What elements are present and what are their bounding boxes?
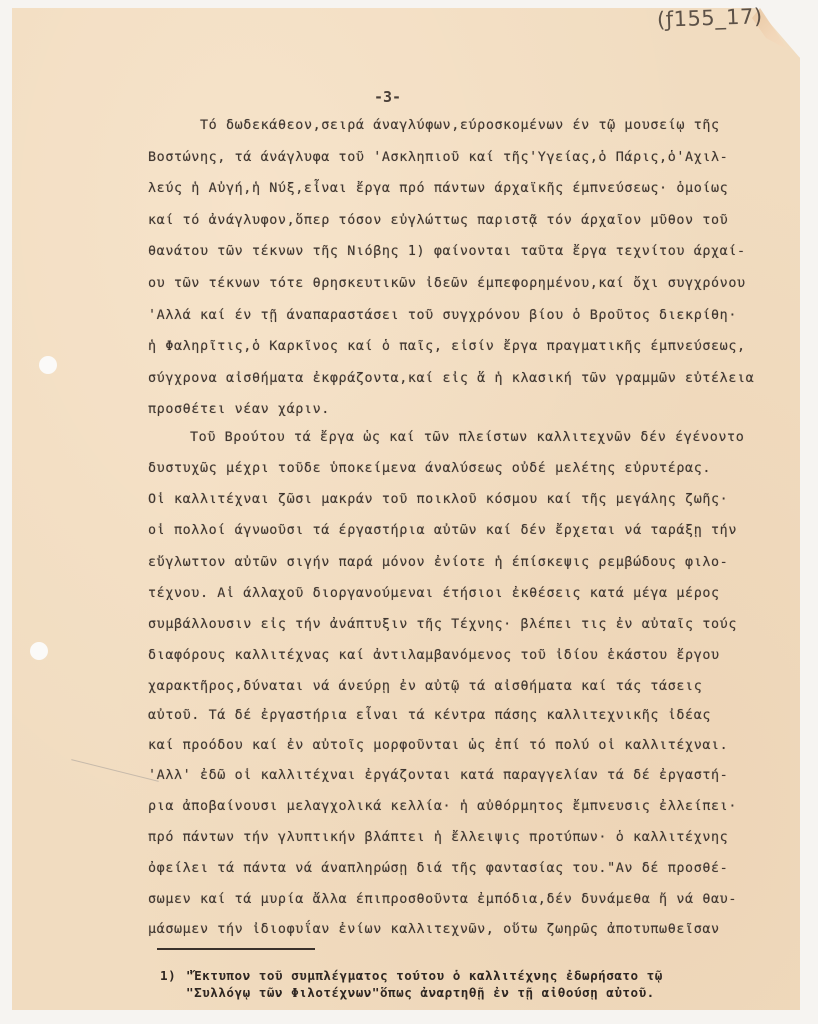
text-line: Τοῦ Βρούτου τά ἔργα ὡς καί τῶν πλείστων … xyxy=(190,430,744,445)
text-line: σωμεν καί τά μυρία ἄλλα έπιπροσθοῦντα ἐμ… xyxy=(148,892,737,907)
text-line: προσθέτει νέαν χάριν. xyxy=(148,402,330,417)
text-line: αὐτοῦ. Τά δέ ἐργαστήρια εἶναι τά κέντρα … xyxy=(148,708,711,723)
text-line: Τό δωδεκάθεον,σειρά άναγλύφων,εύροσκομέν… xyxy=(200,118,720,133)
text-line: ρια ἀποβαίνουσι μελαγχολικά κελλία· ἡ αὐ… xyxy=(148,799,737,814)
footnote-marker: 1) xyxy=(160,968,176,983)
text-line: Βοστώνης, τά άνάγλυφα τοῦ 'Ασκληπιοῦ καί… xyxy=(148,150,728,165)
text-line: πρό πάντων τήν γλυπτικήν βλάπτει ἡ ἔλλει… xyxy=(148,830,728,845)
text-line: 'Αλλά καί έν τῇ άναπαραστάσει τοῦ συγχρό… xyxy=(148,308,737,323)
text-line: τέχνου. Αἱ άλλαχοῦ διοργανούμεναι έτήσιο… xyxy=(148,586,720,601)
footnote-line: "Ἔκτυπον τοῦ συμπλέγματος τούτου ὁ καλλι… xyxy=(186,968,663,983)
text-line: εὔγλωττον αὐτῶν σιγήν παρά μόνον ἐνίοτε … xyxy=(148,555,728,570)
text-line: ἡ Φαληρῖτις,ὁ Καρκῖνος καί ὁ παῖς, εἰσίν… xyxy=(148,339,746,354)
punch-hole-bottom xyxy=(30,642,48,660)
text-line: συμβάλλουσιν εἰς τήν ἀνάπτυξιν τῆς Τέχνη… xyxy=(148,617,737,632)
text-line: δυστυχῶς μέχρι τοῦδε ὑποκείμενα άναλύσεω… xyxy=(148,461,711,476)
text-line: θανάτου τῶν τέκνων τῆς Νιόβης 1) φαίνοντ… xyxy=(148,244,746,259)
text-line: ου τῶν τέκνων τότε θρησκευτικῶν ἰδεῶν έμ… xyxy=(148,276,746,291)
text-line: μάσωμεν τήν ἰδιοφυΐαν ἐνίων καλλιτεχνῶν,… xyxy=(148,922,720,937)
text-line: χαρακτῆρος,δύναται νά άνεύρῃ ἐν αὐτῷ τά … xyxy=(148,679,702,694)
text-line: καί τό ἀνάγλυφον,ὅπερ τόσον εὐγλώττως πα… xyxy=(148,213,728,228)
page-number: -3- xyxy=(374,88,401,106)
footnote-line: "Συλλόγῳ τῶν Φιλοτέχνων"ὅπως ἀναρτηθῇ ἐν… xyxy=(186,985,655,1000)
text-line: 'Αλλ' ἐδῶ οἱ καλλιτέχναι ἐργάζονται κατά… xyxy=(148,768,728,783)
text-line: λεύς ἡ Αὐγή,ἡ Νύξ,εἶναι ἔργα πρό πάντων … xyxy=(148,181,728,196)
footnote-separator xyxy=(157,948,315,950)
text-line: ὀφείλει τά πάντα νά άναπληρώσῃ διά τῆς φ… xyxy=(148,861,728,876)
archive-reference: (ƒ155_17) xyxy=(657,4,763,32)
text-line: διαφόρους καλλιτέχνας καί ἀντιλαμβανόμεν… xyxy=(148,648,720,663)
text-line: Οἱ καλλιτέχναι ζῶσι μακράν τοῦ ποικλοῦ κ… xyxy=(148,492,728,507)
text-line: σύγχρονα αἰσθήματα ἐκφράζοντα,καί εἰς ἅ … xyxy=(148,371,754,386)
text-line: οἱ πολλοί άγνωοῦσι τά έργαστήρια αὐτῶν κ… xyxy=(148,523,737,538)
punch-hole-top xyxy=(39,356,57,374)
text-line: καί προόδου καί ἐν αὐτοῖς μορφοῦνται ὡς … xyxy=(148,738,728,753)
